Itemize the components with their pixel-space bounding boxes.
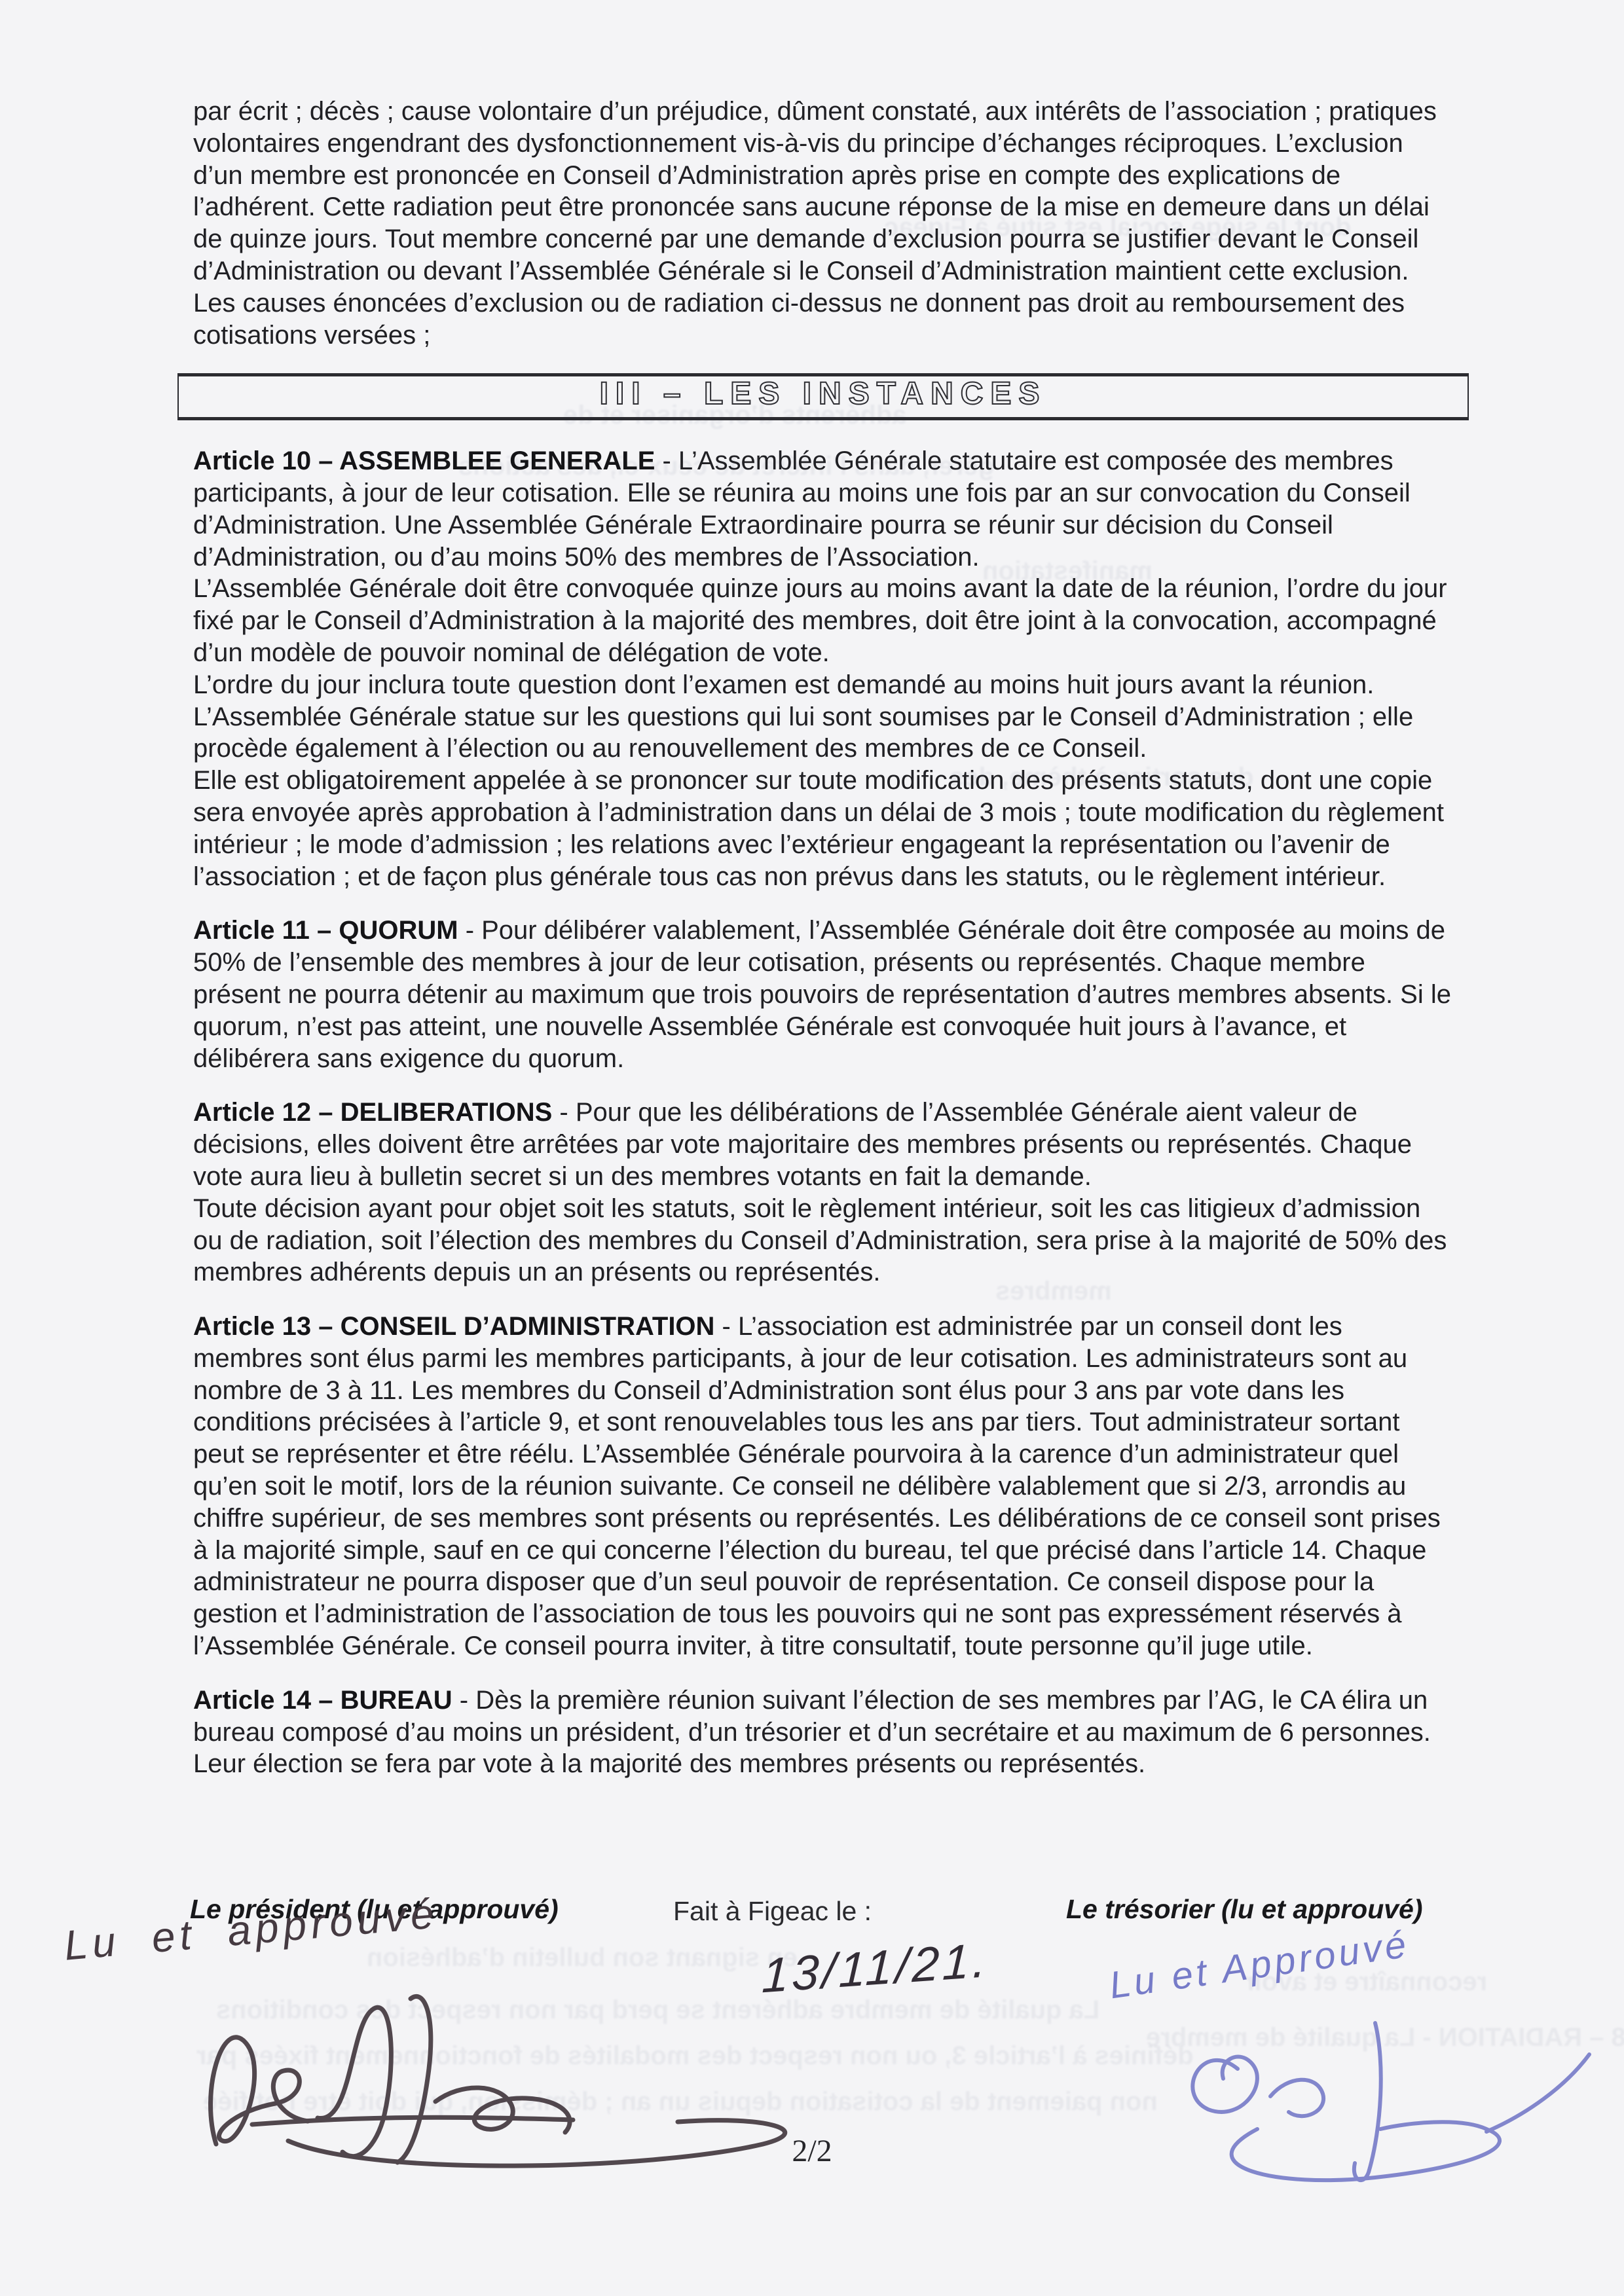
article-11-heading: Article 11 – QUORUM — [193, 916, 458, 945]
article-10-separator: - — [655, 446, 678, 475]
article-13-body: L’association est administrée par un con… — [193, 1312, 1441, 1660]
article-13: Article 13 – CONSEIL D’ADMINISTRATION - … — [193, 1311, 1454, 1662]
article-14: Article 14 – BUREAU - Dès la première ré… — [193, 1685, 1454, 1780]
section-header-box: III – LES INSTANCES — [177, 373, 1469, 420]
intro-paragraph: par écrit ; décès ; cause volontaire d’u… — [193, 96, 1454, 351]
bleedthrough-text: en signant son bulletin d’adhésion — [367, 1943, 798, 1973]
treasurer-signature-label: Le trésorier (lu et approuvé) — [1066, 1894, 1423, 1925]
page-number: 2/2 — [0, 2133, 1624, 2169]
document-body: par écrit ; décès ; cause volontaire d’u… — [193, 96, 1454, 1802]
article-11: Article 11 – QUORUM - Pour délibérer val… — [193, 915, 1454, 1074]
article-10-body: L’Assemblée Générale statutaire est comp… — [193, 446, 1447, 890]
place-date-label: Fait à Figeac le : — [673, 1896, 872, 1927]
article-14-heading: Article 14 – BUREAU — [193, 1686, 452, 1715]
article-13-heading: Article 13 – CONSEIL D’ADMINISTRATION — [193, 1312, 714, 1341]
article-13-separator: - — [714, 1312, 738, 1341]
article-10-heading: Article 10 – ASSEMBLEE GENERALE — [193, 446, 655, 475]
article-12-separator: - — [552, 1098, 576, 1127]
scanned-document-page: dont le siège social est situé à Figeac … — [0, 0, 1624, 2296]
treasurer-handwritten-mention: Lu et Approuvé — [1107, 1922, 1412, 2008]
article-12: Article 12 – DELIBERATIONS - Pour que le… — [193, 1097, 1454, 1288]
article-10: Article 10 – ASSEMBLEE GENERALE - L’Asse… — [193, 445, 1454, 892]
article-12-heading: Article 12 – DELIBERATIONS — [193, 1098, 552, 1127]
article-14-separator: - — [452, 1686, 476, 1715]
article-11-separator: - — [458, 916, 482, 945]
section-title: III – LES INSTANCES — [600, 376, 1047, 411]
